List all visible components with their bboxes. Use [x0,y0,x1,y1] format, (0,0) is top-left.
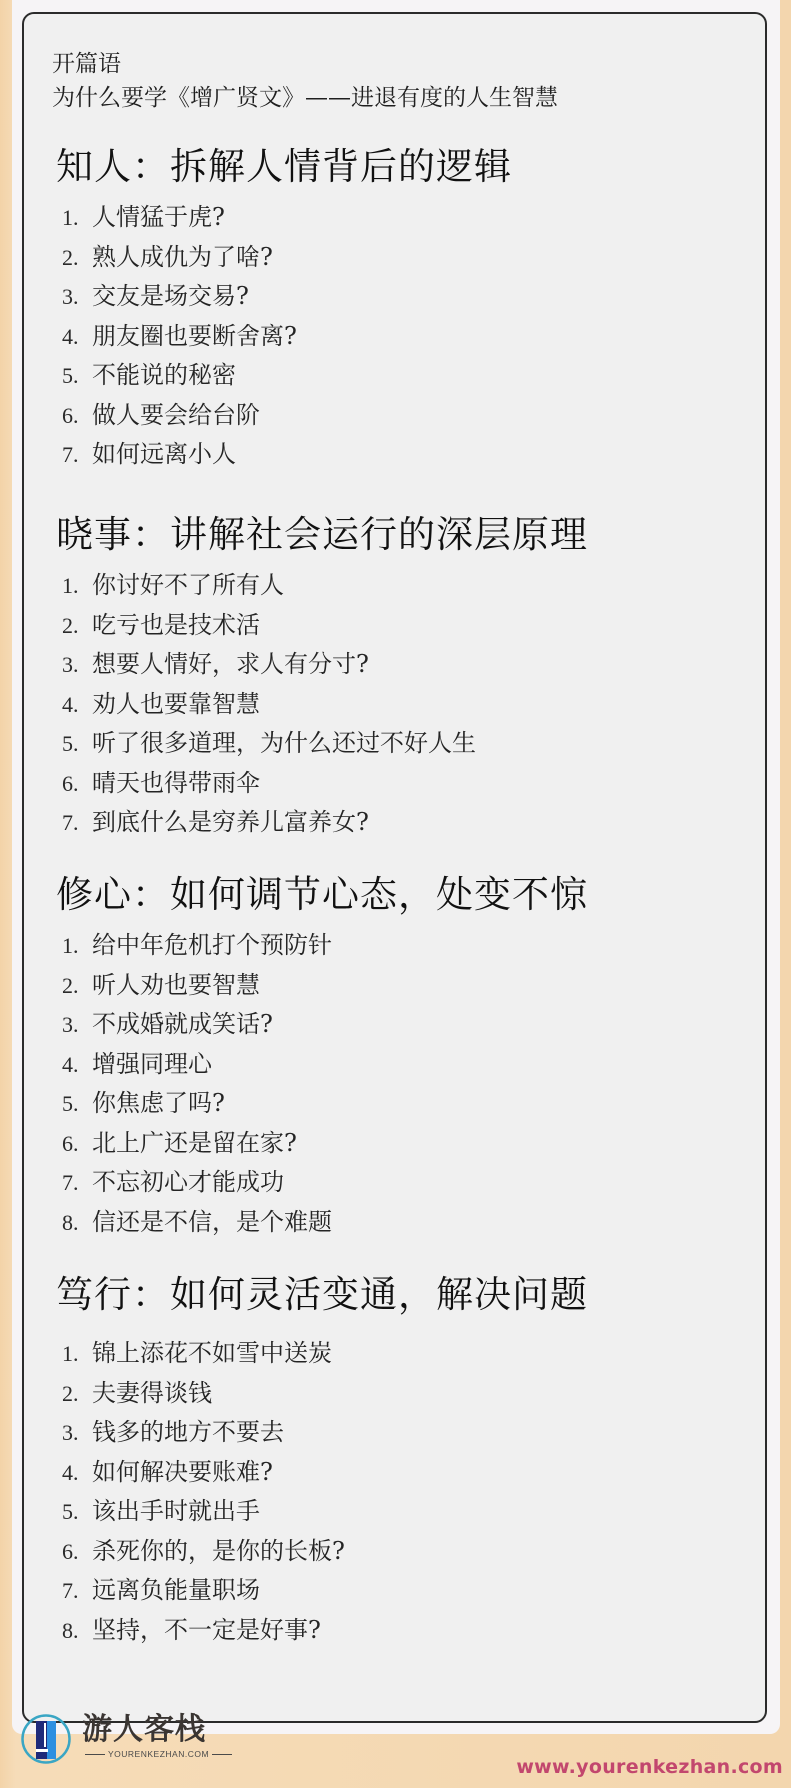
list-item[interactable]: 4.劝人也要靠智慧 [56,685,588,725]
item-number: 4. [56,317,92,357]
item-text: 人情猛于虎? [92,198,225,238]
item-text: 到底什么是穷养儿富养女? [92,803,369,843]
list-item[interactable]: 5.听了很多道理，为什么还过不好人生 [56,724,588,764]
item-text: 夫妻得谈钱 [92,1374,212,1414]
list-item[interactable]: 4.增强同理心 [56,1045,588,1085]
item-number: 5. [56,724,92,764]
list-item[interactable]: 3.交友是场交易? [56,277,512,317]
item-text: 你讨好不了所有人 [92,566,284,606]
site-logo[interactable]: 游人客栈 YOURENKEZHAN.COM [20,1713,235,1765]
item-number: 1. [56,566,92,606]
item-list: 1.人情猛于虎? 2.熟人成仇为了啥? 3.交友是场交易? 4.朋友圈也要断舍离… [56,198,512,475]
item-number: 3. [56,277,92,317]
item-text: 想要人情好，求人有分寸? [92,645,369,685]
section-title: 笃行：如何灵活变通，解决问题 [56,1270,588,1320]
item-text: 晴天也得带雨伞 [92,764,260,804]
item-list: 1.给中年危机打个预防针 2.听人劝也要智慧 3.不成婚就成笑话? 4.增强同理… [56,926,588,1242]
section-xiaoshi: 晓事：讲解社会运行的深层原理 1.你讨好不了所有人 2.吃亏也是技术活 3.想要… [56,510,588,843]
item-number: 6. [56,1124,92,1164]
item-text: 劝人也要靠智慧 [92,685,260,725]
divider [85,1754,105,1755]
item-list: 1.你讨好不了所有人 2.吃亏也是技术活 3.想要人情好，求人有分寸? 4.劝人… [56,566,588,843]
list-item[interactable]: 2.夫妻得谈钱 [56,1374,588,1414]
list-item[interactable]: 7.如何远离小人 [56,435,512,475]
list-item[interactable]: 2.听人劝也要智慧 [56,966,588,1006]
item-text: 熟人成仇为了啥? [92,238,273,278]
section-duxing: 笃行：如何灵活变通，解决问题 1.锦上添花不如雪中送炭 2.夫妻得谈钱 3.钱多… [56,1270,588,1650]
list-item[interactable]: 7.到底什么是穷养儿富养女? [56,803,588,843]
item-list: 1.锦上添花不如雪中送炭 2.夫妻得谈钱 3.钱多的地方不要去 4.如何解决要账… [56,1334,588,1650]
logo-name: 游人客栈 [82,1713,235,1747]
list-item[interactable]: 3.想要人情好，求人有分寸? [56,645,588,685]
intro-label: 开篇语 [52,47,558,81]
list-item[interactable]: 8.坚持，不一定是好事? [56,1611,588,1651]
item-number: 3. [56,645,92,685]
item-number: 2. [56,606,92,646]
list-item[interactable]: 2.吃亏也是技术活 [56,606,588,646]
section-zhiren: 知人：拆解人情背后的逻辑 1.人情猛于虎? 2.熟人成仇为了啥? 3.交友是场交… [56,142,512,475]
list-item[interactable]: 3.不成婚就成笑话? [56,1005,588,1045]
section-title: 修心：如何调节心态，处变不惊 [56,870,588,920]
item-number: 2. [56,238,92,278]
item-text: 不忘初心才能成功 [92,1163,284,1203]
section-title: 晓事：讲解社会运行的深层原理 [56,510,588,560]
item-number: 5. [56,1084,92,1124]
list-item[interactable]: 6.北上广还是留在家? [56,1124,588,1164]
item-number: 4. [56,685,92,725]
item-number: 2. [56,1374,92,1414]
item-number: 4. [56,1453,92,1493]
section-xiuxin: 修心：如何调节心态，处变不惊 1.给中年危机打个预防针 2.听人劝也要智慧 3.… [56,870,588,1242]
item-number: 7. [56,435,92,475]
item-text: 你焦虑了吗? [92,1084,225,1124]
list-item[interactable]: 6.杀死你的，是你的长板? [56,1532,588,1572]
item-number: 5. [56,356,92,396]
list-item[interactable]: 4.朋友圈也要断舍离? [56,317,512,357]
item-text: 给中年危机打个预防针 [92,926,332,966]
item-text: 如何解决要账难? [92,1453,273,1493]
item-number: 8. [56,1611,92,1651]
item-text: 坚持，不一定是好事? [92,1611,321,1651]
list-item[interactable]: 7.不忘初心才能成功 [56,1163,588,1203]
list-item[interactable]: 6.晴天也得带雨伞 [56,764,588,804]
item-text: 不成婚就成笑话? [92,1005,273,1045]
list-item[interactable]: 5.该出手时就出手 [56,1492,588,1532]
item-text: 远离负能量职场 [92,1571,260,1611]
item-number: 1. [56,926,92,966]
item-number: 2. [56,966,92,1006]
section-title: 知人：拆解人情背后的逻辑 [56,142,512,192]
item-number: 1. [56,198,92,238]
list-item[interactable]: 3.钱多的地方不要去 [56,1413,588,1453]
item-text: 交友是场交易? [92,277,249,317]
list-item[interactable]: 1.给中年危机打个预防针 [56,926,588,966]
item-number: 7. [56,1571,92,1611]
item-number: 4. [56,1045,92,1085]
item-number: 6. [56,396,92,436]
list-item[interactable]: 2.熟人成仇为了啥? [56,238,512,278]
list-item[interactable]: 5.你焦虑了吗? [56,1084,588,1124]
item-number: 7. [56,803,92,843]
item-text: 听了很多道理，为什么还过不好人生 [92,724,476,764]
page: 开篇语 为什么要学《增广贤文》——进退有度的人生智慧 知人：拆解人情背后的逻辑 … [0,0,791,1788]
list-item[interactable]: 1.你讨好不了所有人 [56,566,588,606]
site-url-link[interactable]: www.yourenkezhan.com [516,1756,783,1778]
item-text: 不能说的秘密 [92,356,236,396]
list-item[interactable]: 1.人情猛于虎? [56,198,512,238]
tower-in-circle-icon [20,1713,72,1765]
item-number: 6. [56,764,92,804]
item-number: 1. [56,1334,92,1374]
item-number: 7. [56,1163,92,1203]
item-text: 增强同理心 [92,1045,212,1085]
item-text: 听人劝也要智慧 [92,966,260,1006]
item-text: 信还是不信，是个难题 [92,1203,332,1243]
list-item[interactable]: 6.做人要会给台阶 [56,396,512,436]
item-text: 锦上添花不如雪中送炭 [92,1334,332,1374]
intro-block: 开篇语 为什么要学《增广贤文》——进退有度的人生智慧 [52,47,558,115]
intro-title: 为什么要学《增广贤文》——进退有度的人生智慧 [52,81,558,115]
list-item[interactable]: 7.远离负能量职场 [56,1571,588,1611]
item-number: 3. [56,1005,92,1045]
item-text: 该出手时就出手 [92,1492,260,1532]
item-number: 3. [56,1413,92,1453]
item-text: 做人要会给台阶 [92,396,260,436]
list-item[interactable]: 8.信还是不信，是个难题 [56,1203,588,1243]
item-text: 朋友圈也要断舍离? [92,317,297,357]
list-item[interactable]: 1.锦上添花不如雪中送炭 [56,1334,588,1374]
item-text: 钱多的地方不要去 [92,1413,284,1453]
item-number: 8. [56,1203,92,1243]
list-item[interactable]: 4.如何解决要账难? [56,1453,588,1493]
logo-domain: YOURENKEZHAN.COM [108,1749,209,1759]
item-text: 吃亏也是技术活 [92,606,260,646]
item-text: 如何远离小人 [92,435,236,475]
logo-text: 游人客栈 YOURENKEZHAN.COM [82,1713,235,1759]
list-item[interactable]: 5.不能说的秘密 [56,356,512,396]
item-text: 杀死你的，是你的长板? [92,1532,345,1572]
item-number: 5. [56,1492,92,1532]
logo-domain-line: YOURENKEZHAN.COM [82,1749,235,1759]
item-number: 6. [56,1532,92,1572]
divider [212,1754,232,1755]
item-text: 北上广还是留在家? [92,1124,297,1164]
